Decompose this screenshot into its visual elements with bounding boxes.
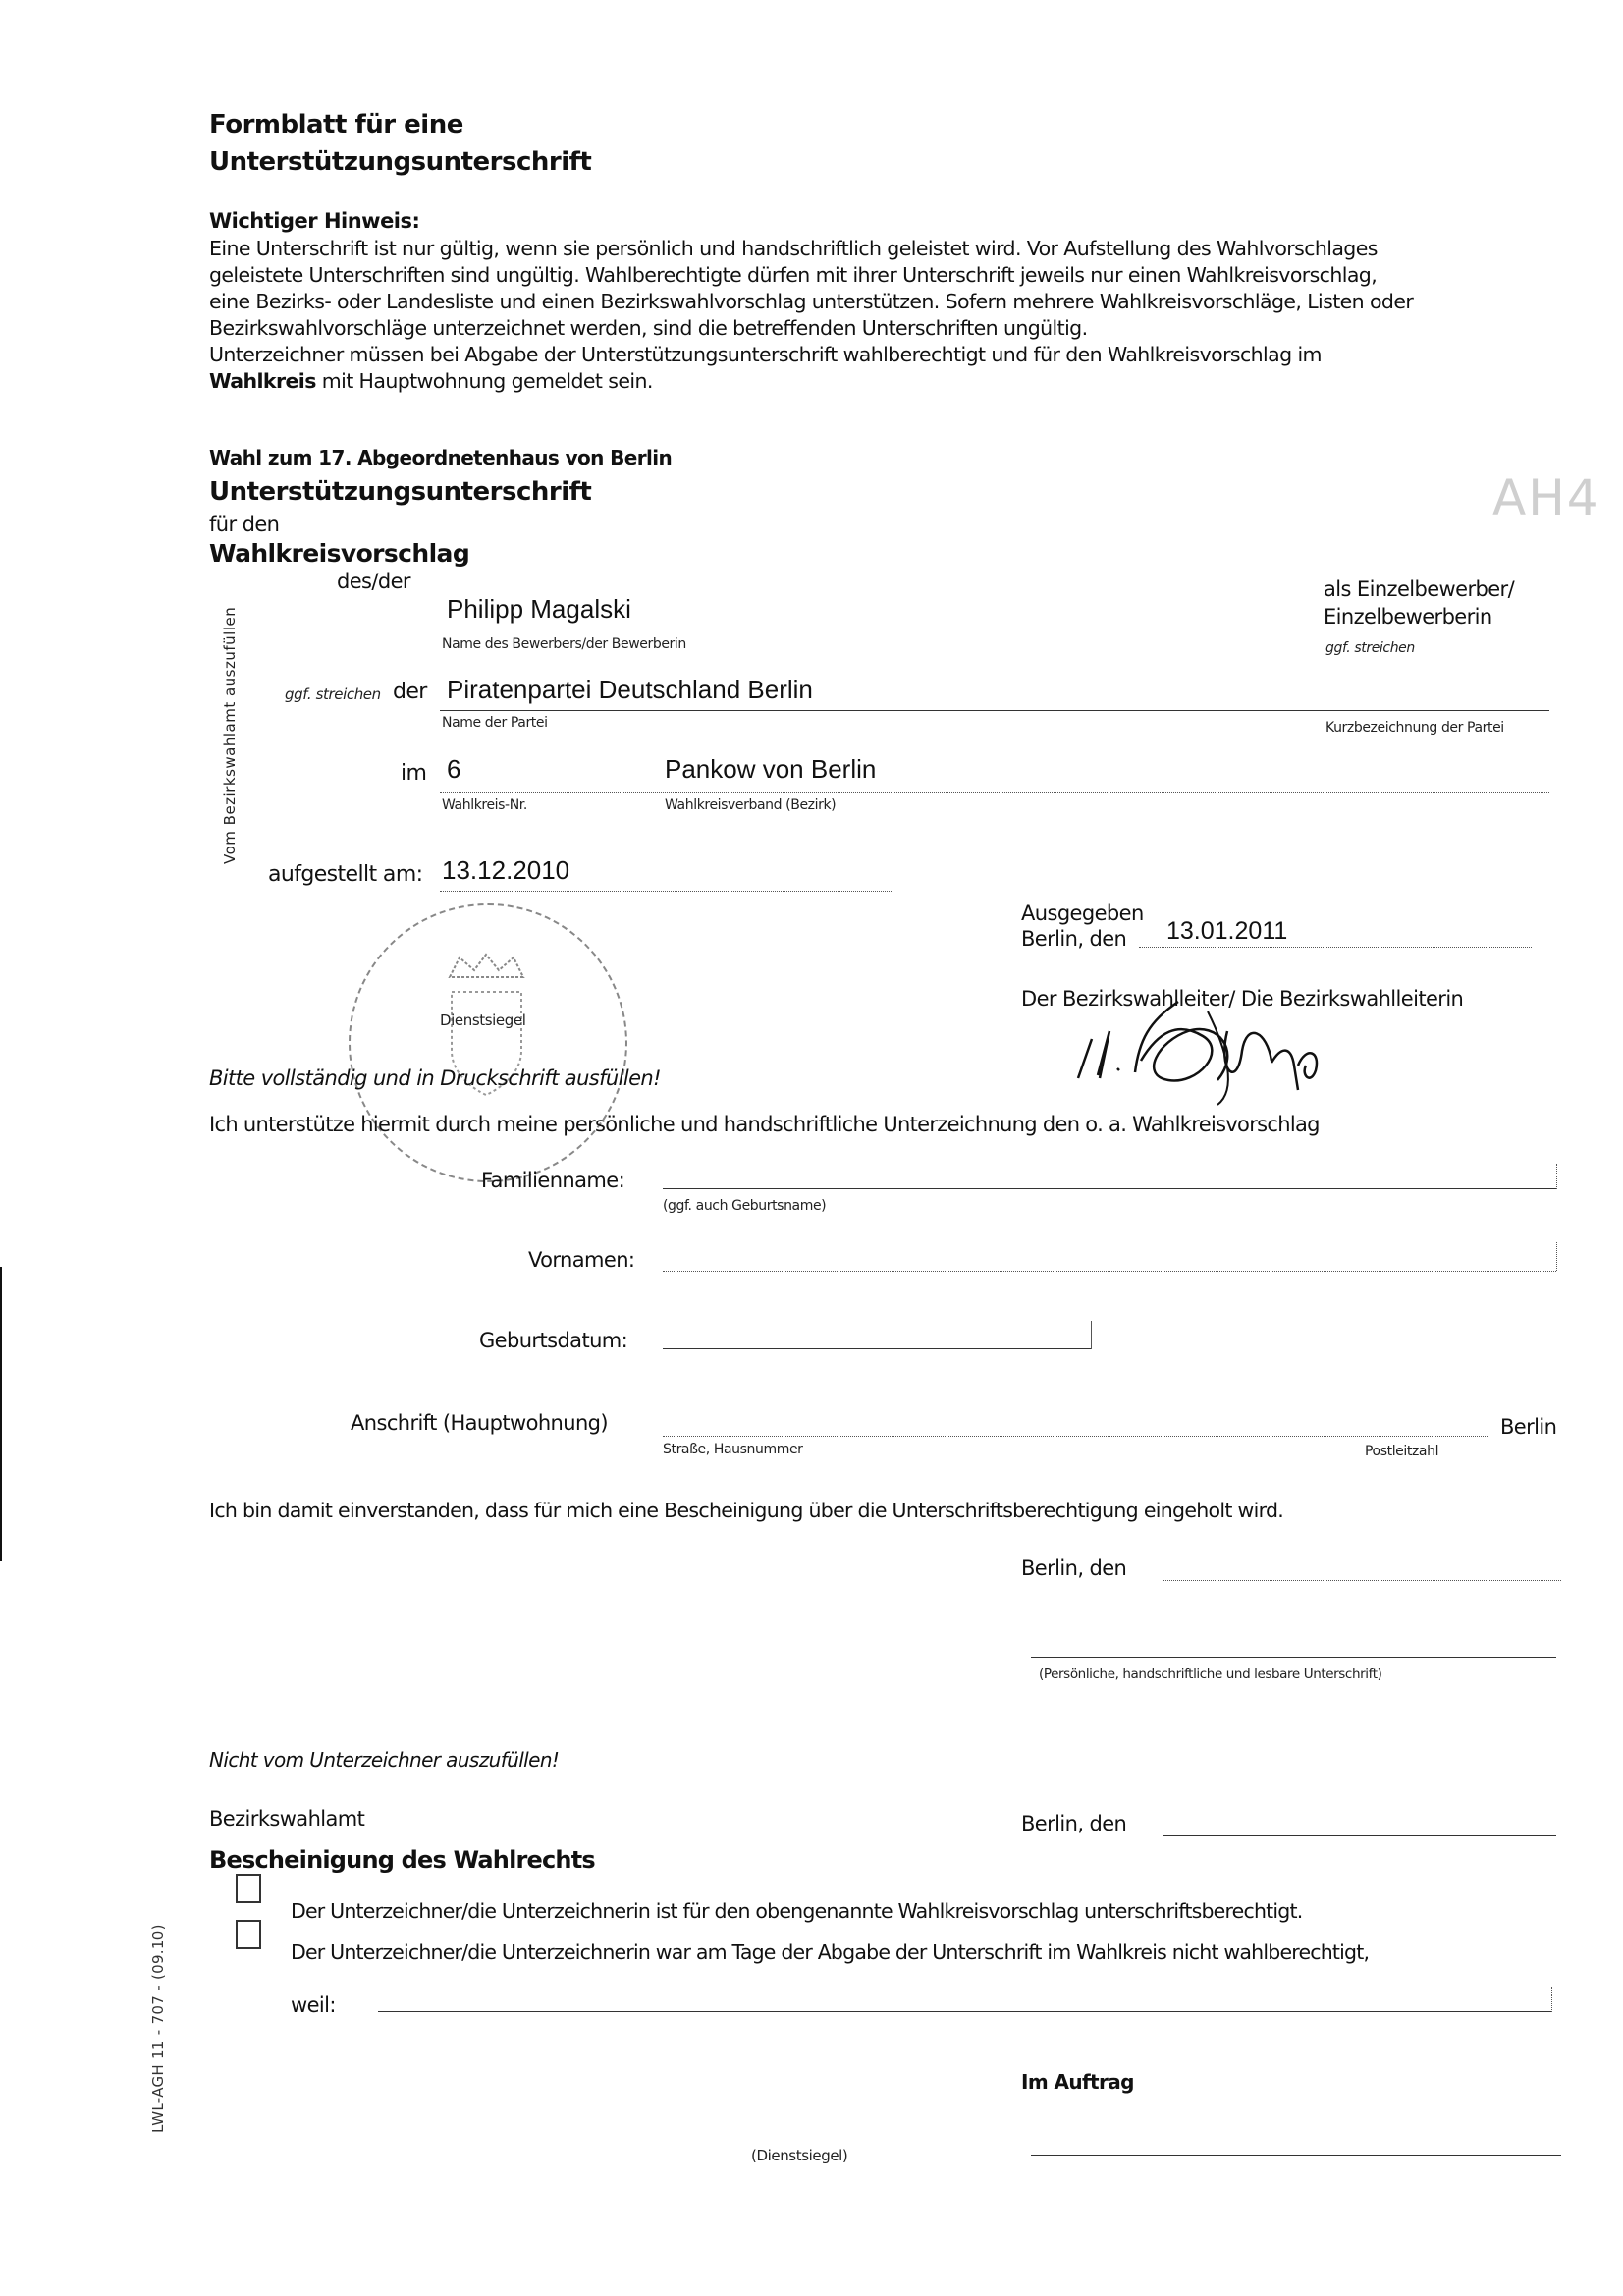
form-code: LWL-AGH 11 - 707 - (09.10) bbox=[149, 1924, 167, 2133]
address-street-caption: Straße, Hausnummer bbox=[663, 1442, 803, 1457]
established-line bbox=[440, 891, 892, 892]
issued-date-line bbox=[1139, 947, 1532, 948]
reason-label: weil: bbox=[291, 1994, 336, 2017]
office-input[interactable] bbox=[388, 1802, 987, 1831]
single-candidate-strike-hint: ggf. streichen bbox=[1325, 640, 1415, 656]
officer-signature bbox=[1070, 992, 1384, 1110]
party-name-caption: Name der Partei bbox=[442, 715, 548, 731]
candidate-name-line bbox=[440, 629, 1284, 629]
party-short-caption: Kurzbezeichnung der Partei bbox=[1325, 720, 1504, 736]
issued-date-value[interactable]: 13.01.2011 bbox=[1166, 917, 1287, 946]
address-city: Berlin bbox=[1500, 1415, 1556, 1439]
office-label: Bezirkswahlamt bbox=[209, 1807, 364, 1831]
district-association-caption: Wahlkreisverband (Bezirk) bbox=[665, 797, 836, 813]
notice-line-2: geleistete Unterschriften sind ungültig.… bbox=[209, 262, 1377, 289]
established-label: aufgestellt am: bbox=[268, 862, 422, 887]
office-date-label: Berlin, den bbox=[1021, 1812, 1126, 1835]
supporter-date-label: Berlin, den bbox=[1021, 1557, 1126, 1580]
reason-input[interactable] bbox=[378, 1984, 1551, 2013]
candidate-name-value[interactable]: Philipp Magalski bbox=[447, 594, 631, 625]
certificate-heading: Bescheinigung des Wahlrechts bbox=[209, 1846, 595, 1874]
office-date-line bbox=[1163, 1835, 1556, 1836]
supporter-statement: Ich unterstütze hiermit durch meine pers… bbox=[209, 1113, 1320, 1136]
address-zip-caption: Postleitzahl bbox=[1365, 1444, 1438, 1459]
notice-line-6: Wahlkreis mit Hauptwohnung gemeldet sein… bbox=[209, 368, 653, 395]
district-number-caption: Wahlkreis-Nr. bbox=[442, 797, 527, 813]
certificate-option-not-eligible-checkbox[interactable] bbox=[236, 1920, 261, 1949]
party-name-value[interactable]: Piratenpartei Deutschland Berlin bbox=[447, 675, 813, 705]
address-input[interactable] bbox=[668, 1404, 1492, 1436]
office-note: Nicht vom Unterzeichner auszufüllen! bbox=[209, 1748, 559, 1772]
issued-label-line2: Berlin, den bbox=[1021, 927, 1126, 951]
single-candidate-line2: Einzelbewerberin bbox=[1324, 605, 1492, 629]
form-title-line1: Formblatt für eine bbox=[209, 110, 463, 139]
notice-line-5: Unterzeichner müssen bei Abgabe der Unte… bbox=[209, 342, 1322, 368]
address-line bbox=[663, 1436, 1488, 1437]
supporter-date-input[interactable] bbox=[1163, 1552, 1561, 1581]
notice-line-3: eine Bezirks- oder Landesliste und einen… bbox=[209, 289, 1413, 315]
reason-line bbox=[378, 2011, 1551, 2012]
notice-line-4: Bezirkswahlvorschläge unterzeichnet werd… bbox=[209, 315, 1088, 342]
district-line bbox=[440, 792, 1549, 793]
side-note-bezirkswahlamt: Vom Bezirkswahlamt auszufüllen bbox=[221, 607, 239, 864]
first-names-input[interactable] bbox=[668, 1239, 1556, 1271]
birthdate-label: Geburtsdatum: bbox=[479, 1329, 627, 1352]
established-value[interactable]: 13.12.2010 bbox=[442, 855, 569, 886]
office-signature-line bbox=[1031, 2155, 1561, 2156]
district-prefix: im bbox=[401, 761, 426, 786]
consent-text: Ich bin damit einverstanden, dass für mi… bbox=[209, 1499, 1283, 1522]
supporter-signature-field[interactable] bbox=[1031, 1611, 1556, 1658]
election-heading: Unterstützungsunterschrift bbox=[209, 477, 591, 507]
first-names-label: Vornamen: bbox=[528, 1248, 634, 1272]
notice-wahlkreis-bold: Wahlkreis bbox=[209, 369, 316, 393]
family-name-label: Familienname: bbox=[481, 1169, 624, 1192]
office-line bbox=[388, 1831, 987, 1831]
birthdate-line bbox=[663, 1348, 1091, 1349]
notice-line-6-rest: mit Hauptwohnung gemeldet sein. bbox=[316, 369, 653, 393]
party-prefix: der bbox=[393, 680, 427, 704]
form-title-line2: Unterstützungsunterschrift bbox=[209, 147, 591, 177]
notice-line-1: Eine Unterschrift ist nur gültig, wenn s… bbox=[209, 236, 1378, 262]
reason-end-tick bbox=[1551, 1987, 1552, 2012]
district-number-value[interactable]: 6 bbox=[447, 754, 460, 785]
family-name-end-tick bbox=[1556, 1164, 1557, 1189]
family-name-caption: (ggf. auch Geburtsname) bbox=[663, 1198, 826, 1214]
certificate-option-eligible-checkbox[interactable] bbox=[236, 1874, 261, 1903]
supporter-date-line bbox=[1163, 1580, 1561, 1581]
certificate-option-not-eligible-label: Der Unterzeichner/die Unterzeichnerin wa… bbox=[291, 1941, 1369, 1964]
supporter-signature-caption: (Persönliche, handschriftliche und lesba… bbox=[1039, 1667, 1381, 1682]
supporter-signature-line bbox=[1031, 1657, 1556, 1658]
issued-label-line1: Ausgegeben bbox=[1021, 902, 1144, 925]
family-name-line bbox=[663, 1188, 1556, 1189]
office-signature-field[interactable] bbox=[1031, 2111, 1561, 2155]
birthdate-end-tick bbox=[1091, 1321, 1092, 1349]
election-fuer-den: für den bbox=[209, 513, 279, 536]
district-association-value[interactable]: Pankow von Berlin bbox=[665, 754, 876, 785]
family-name-input[interactable] bbox=[668, 1159, 1556, 1190]
first-names-end-tick bbox=[1556, 1242, 1557, 1271]
supporter-instruction: Bitte vollständig und in Druckschrift au… bbox=[209, 1066, 661, 1090]
seal-caption: (Dienstsiegel) bbox=[751, 2147, 847, 2164]
single-candidate-line1: als Einzelbewerber/ bbox=[1324, 577, 1514, 601]
office-date-input[interactable] bbox=[1163, 1807, 1556, 1836]
candidate-name-caption: Name des Bewerbers/der Bewerberin bbox=[442, 636, 686, 652]
certificate-option-eligible-label: Der Unterzeichner/die Unterzeichnerin is… bbox=[291, 1899, 1302, 1923]
notice-heading: Wichtiger Hinweis: bbox=[209, 209, 419, 233]
election-des-der: des/der bbox=[337, 570, 410, 593]
scan-edge bbox=[0, 1267, 2, 1561]
election-subtitle: Wahl zum 17. Abgeordnetenhaus von Berlin bbox=[209, 446, 672, 469]
signature-scribble-icon bbox=[1070, 992, 1384, 1110]
seal-label: Dienstsiegel bbox=[440, 1011, 525, 1029]
party-name-line bbox=[440, 710, 1549, 711]
address-label: Anschrift (Hauptwohnung) bbox=[351, 1411, 608, 1435]
on-behalf-label: Im Auftrag bbox=[1021, 2070, 1134, 2094]
first-names-line bbox=[663, 1271, 1556, 1272]
election-type: Wahlkreisvorschlag bbox=[209, 539, 469, 568]
party-strike-hint: ggf. streichen bbox=[285, 685, 381, 703]
corner-mark-ah4: AH4 bbox=[1492, 469, 1600, 526]
